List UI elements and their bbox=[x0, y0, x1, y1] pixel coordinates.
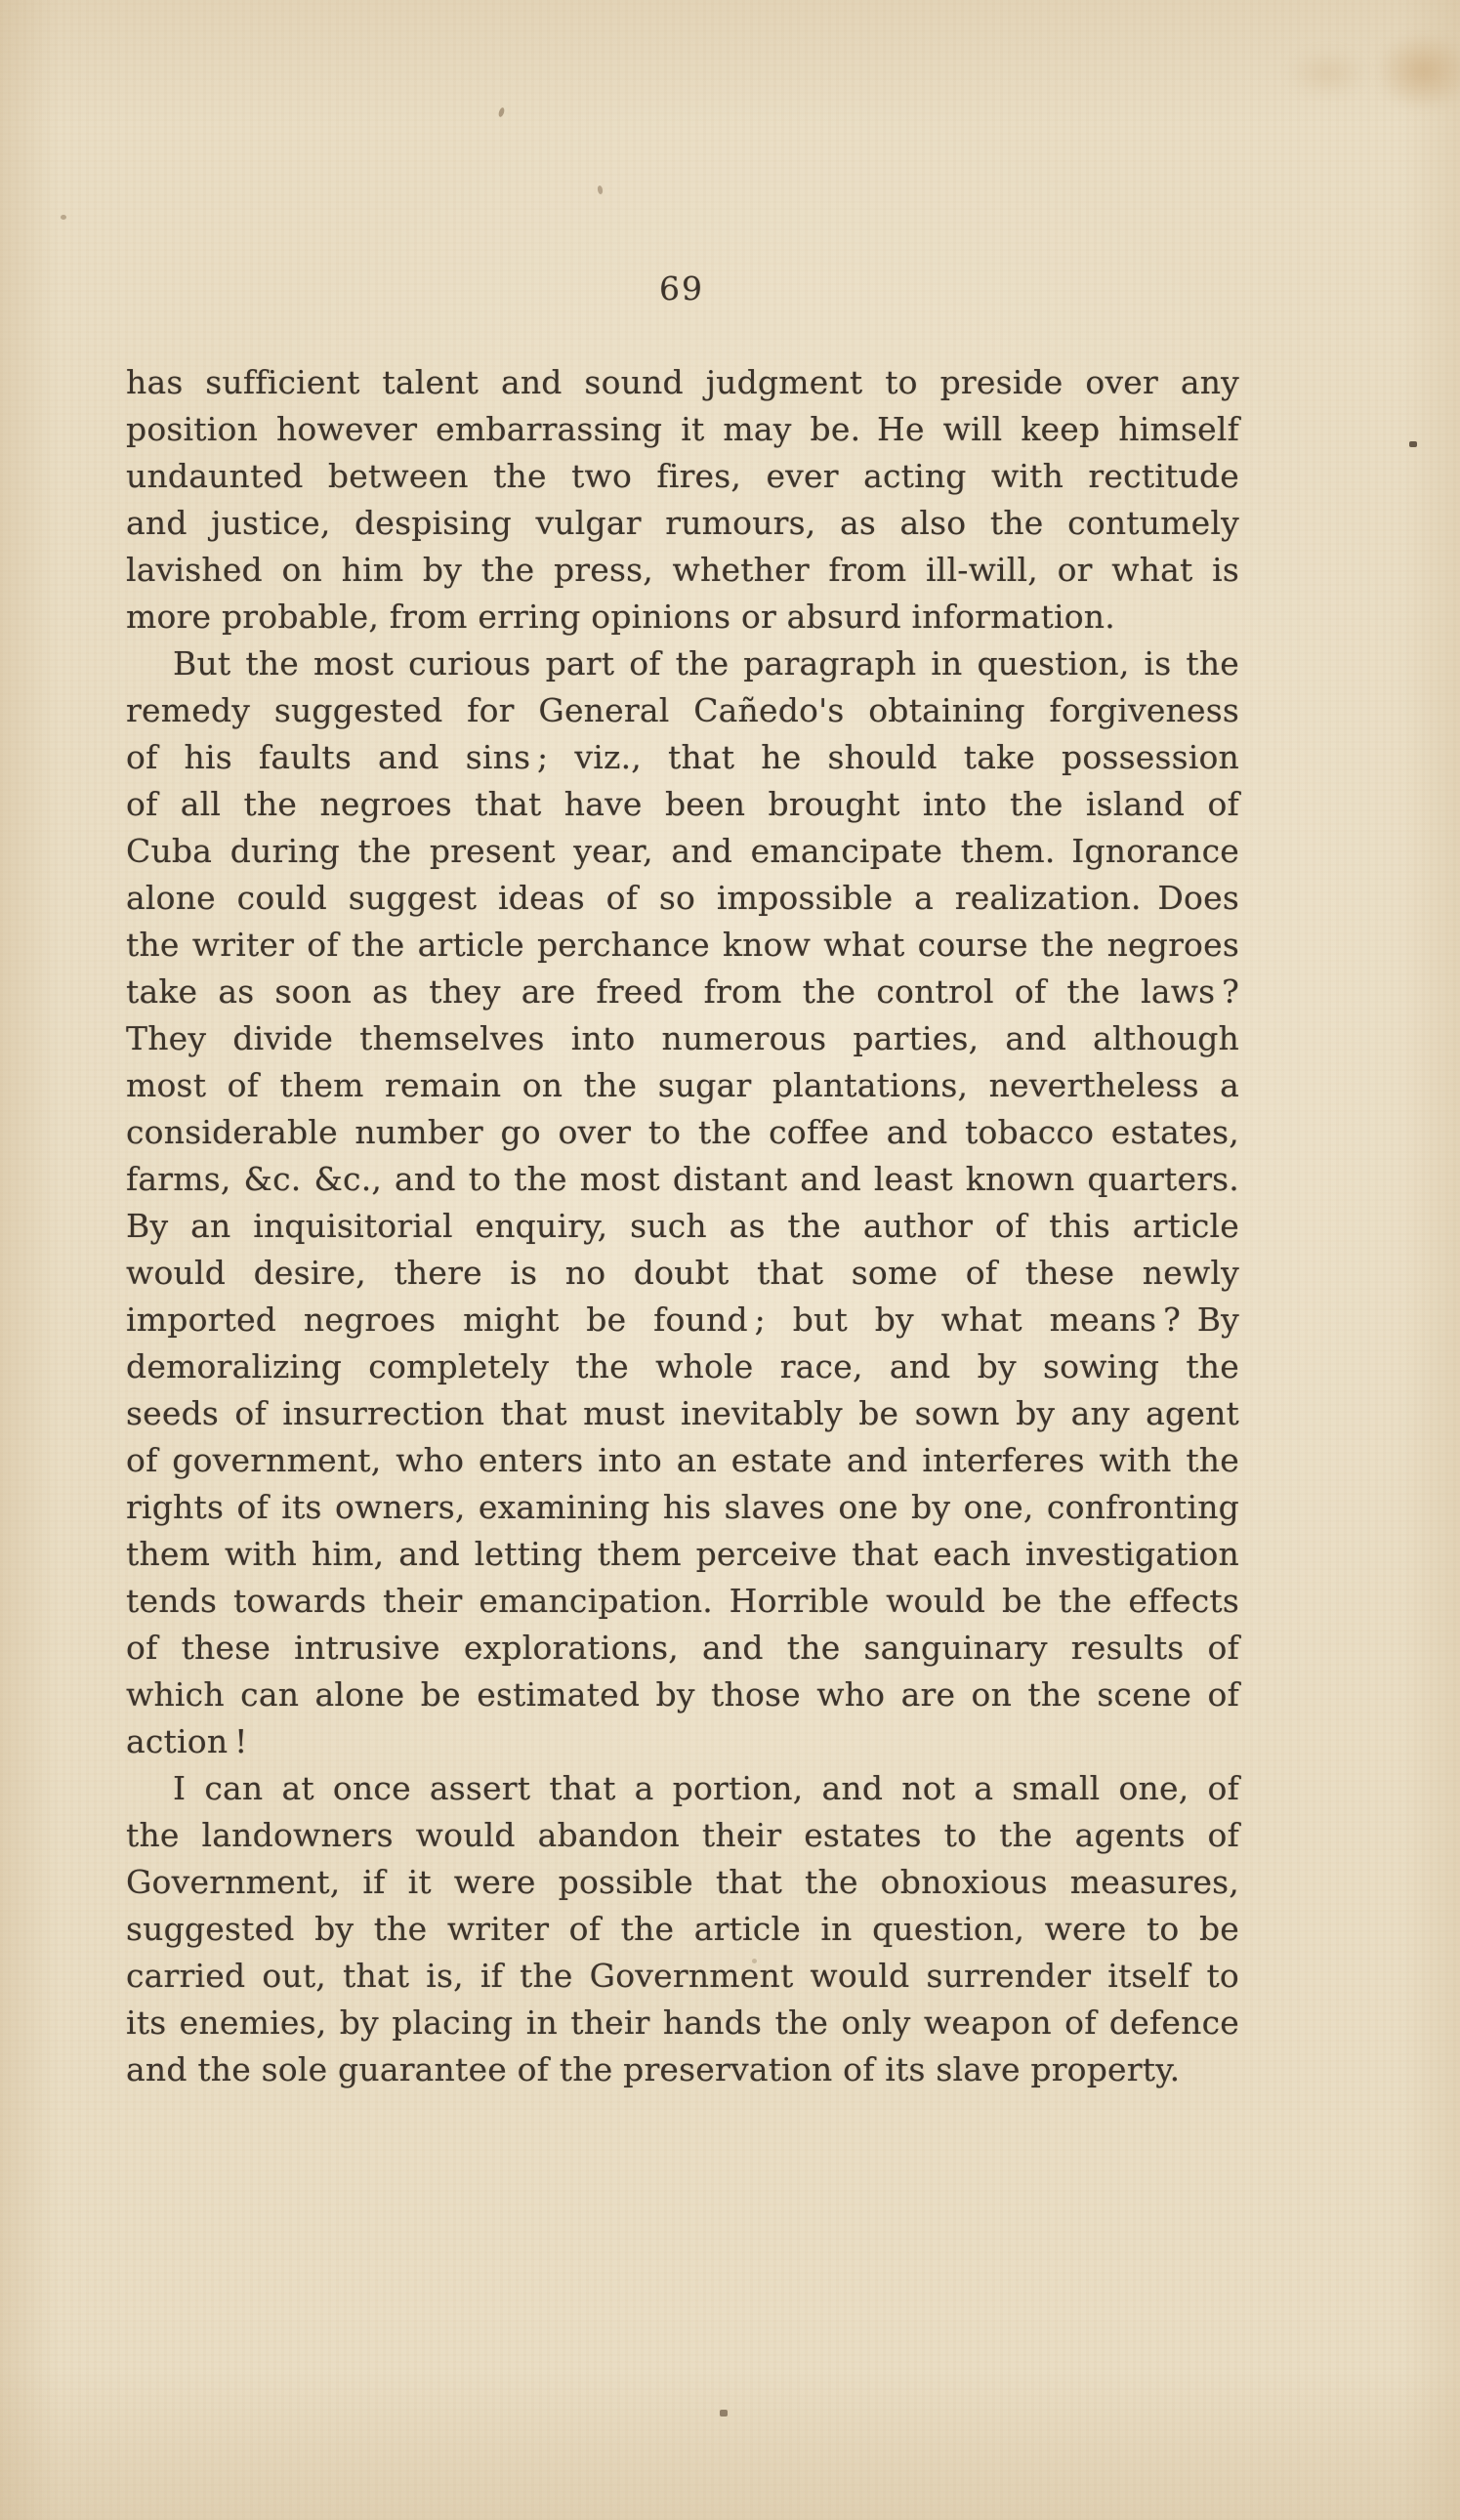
text-line: remedy suggested for General Cañedo's ob… bbox=[126, 687, 1239, 734]
text-line: action ! bbox=[126, 1718, 1239, 1765]
text-line: Cuba during the present year, and emanci… bbox=[126, 828, 1239, 875]
paper-speck bbox=[1409, 441, 1417, 447]
text-line: carried out, that is, if the Government … bbox=[126, 1953, 1239, 2000]
paper-speck bbox=[720, 2410, 728, 2417]
text-line: and justice, despising vulgar rumours, a… bbox=[126, 500, 1239, 547]
text-line: them with him, and letting them perceive… bbox=[126, 1531, 1239, 1578]
text-line: of all the negroes that have been brough… bbox=[126, 781, 1239, 828]
text-line: considerable number go over to the coffe… bbox=[126, 1109, 1239, 1156]
text-line: has sufficient talent and sound judgment… bbox=[126, 359, 1239, 406]
book-page-scan: 69 has sufficient talent and sound judgm… bbox=[0, 0, 1460, 2520]
text-line: more probable, from erring opinions or a… bbox=[126, 594, 1239, 640]
text-line: the landowners would abandon their estat… bbox=[126, 1812, 1239, 1859]
text-line: lavished on him by the press, whether fr… bbox=[126, 547, 1239, 594]
text-line: would desire, there is no doubt that som… bbox=[126, 1250, 1239, 1297]
paragraph-1: has sufficient talent and sound judgment… bbox=[126, 359, 1239, 640]
text-line: But the most curious part of the paragra… bbox=[126, 640, 1239, 687]
text-line: tends towards their emancipation. Horrib… bbox=[126, 1578, 1239, 1625]
text-line: demoralizing completely the whole race, … bbox=[126, 1343, 1239, 1390]
paragraph-2: But the most curious part of the paragra… bbox=[126, 640, 1239, 1765]
paper-stain bbox=[1270, 39, 1387, 107]
text-line: alone could suggest ideas of so impossib… bbox=[126, 875, 1239, 922]
text-line: the writer of the article perchance know… bbox=[126, 922, 1239, 969]
text-line: undaunted between the two fires, ever ac… bbox=[126, 453, 1239, 500]
paper-speck bbox=[498, 106, 506, 117]
text-line: Government, if it were possible that the… bbox=[126, 1859, 1239, 1906]
page-number: 69 bbox=[125, 266, 1238, 312]
text-line: take as soon as they are freed from the … bbox=[126, 969, 1239, 1015]
text-line: I can at once assert that a portion, and… bbox=[126, 1765, 1239, 1812]
page-text: has sufficient talent and sound judgment… bbox=[126, 359, 1239, 2093]
text-line: position however embarrassing it may be.… bbox=[126, 406, 1239, 453]
text-line: of his faults and sins ; viz., that he s… bbox=[126, 734, 1239, 781]
text-line: imported negroes might be found ; but by… bbox=[126, 1297, 1239, 1343]
text-line: suggested by the writer of the article i… bbox=[126, 1906, 1239, 1953]
text-line: By an inquisitorial enquiry, such as the… bbox=[126, 1203, 1239, 1250]
text-line: of these intrusive explorations, and the… bbox=[126, 1625, 1239, 1672]
paragraph-3: I can at once assert that a portion, and… bbox=[126, 1765, 1239, 2093]
text-line: most of them remain on the sugar plantat… bbox=[126, 1062, 1239, 1109]
text-line: its enemies, by placing in their hands t… bbox=[126, 2000, 1239, 2046]
text-line: farms, &c. &c., and to the most distant … bbox=[126, 1156, 1239, 1203]
paper-speck bbox=[597, 186, 603, 195]
text-line: seeds of insurrection that must inevitab… bbox=[126, 1390, 1239, 1437]
text-line: They divide themselves into numerous par… bbox=[126, 1015, 1239, 1062]
text-line: rights of its owners, examining his slav… bbox=[126, 1484, 1239, 1531]
paper-speck bbox=[61, 215, 66, 220]
text-line: of government, who enters into an estate… bbox=[126, 1437, 1239, 1484]
text-line: which can alone be estimated by those wh… bbox=[126, 1672, 1239, 1718]
text-line: and the sole guarantee of the preservati… bbox=[126, 2046, 1239, 2093]
